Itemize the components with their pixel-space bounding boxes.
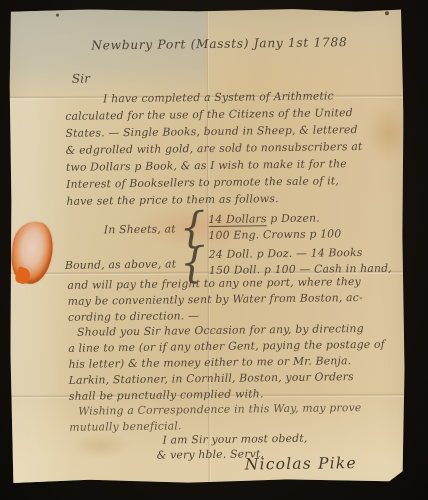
price-item-text: p Dozen. — [267, 211, 320, 225]
price-row-label: In Sheets, at — [54, 221, 180, 238]
underlined-price: 14 Dollars — [208, 212, 267, 227]
letter-text: Newbury Port (Massts) Jany 1st 1788 Sir … — [7, 6, 407, 486]
price-item-text: 24 Doll. p Doz. — 14 Books — [209, 245, 363, 260]
paragraph-2: and will pay the freight to any one port… — [67, 274, 386, 436]
salutation: Sir — [72, 71, 91, 88]
photo-background: Newbury Port (Massts) Jany 1st 1788 Sir … — [0, 0, 428, 500]
price-row-label: Bound, as above, at — [54, 256, 180, 273]
price-row-sheets: In Sheets, at { 14 Dollars p Dozen. 100 … — [54, 209, 392, 247]
letter-paper: Newbury Port (Massts) Jany 1st 1788 Sir … — [9, 8, 405, 485]
price-item: 14 Dollars p Dozen. — [208, 210, 341, 228]
price-list: In Sheets, at { 14 Dollars p Dozen. 100 … — [54, 209, 392, 283]
dateline: Newbury Port (Massts) Jany 1st 1788 — [91, 34, 347, 54]
letter-line: have set the price to them as follows. — [66, 189, 363, 210]
signature: Nicolas Pike — [245, 455, 357, 473]
paragraph-1: I have completed a System of Arithmetic … — [65, 87, 363, 210]
closing-line: I am Sir your most obedt, — [162, 432, 307, 448]
price-item-text: 100 Eng. Crowns p 100 — [208, 227, 341, 242]
price-item: 100 Eng. Crowns p 100 — [208, 226, 341, 244]
